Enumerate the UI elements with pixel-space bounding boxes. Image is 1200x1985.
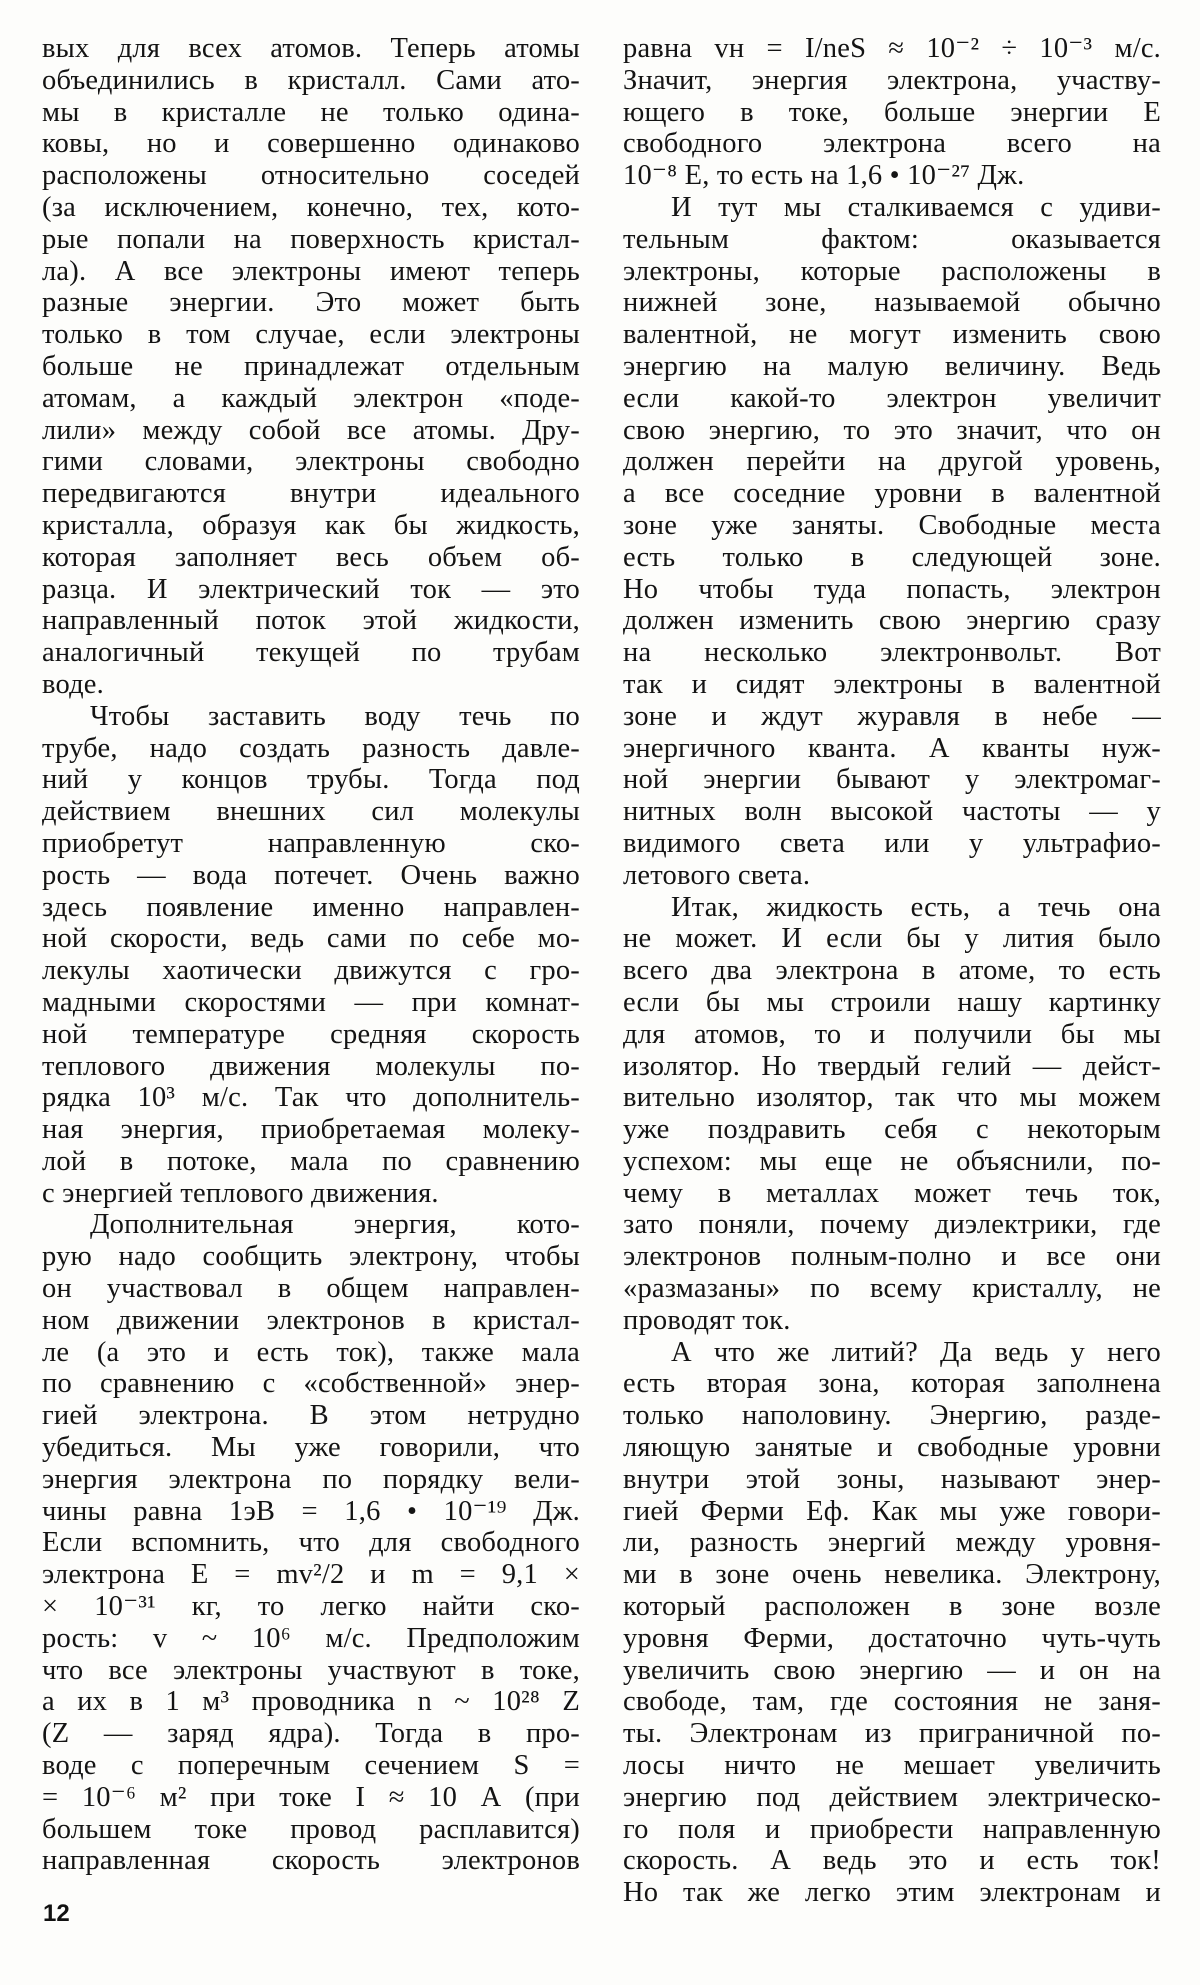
text-line: лосы ничто не мешает увеличить: [623, 1750, 1161, 1782]
text-line: ющего в токе, больше энергии E: [623, 97, 1161, 129]
text-line: валентной, не могут изменить свою: [623, 319, 1161, 351]
text-line: зоне уже заняты. Свободные места: [623, 510, 1161, 542]
text-line: энергию под действием электрическо-: [623, 1782, 1161, 1814]
text-line: не может. И если бы у лития было: [623, 923, 1161, 955]
text-line: направленная скорость электронов: [42, 1845, 580, 1877]
text-line: Но так же легко этим электронам и: [623, 1877, 1161, 1909]
text-line: увеличить свою энергию — и он на: [623, 1655, 1161, 1687]
text-line: энергия электрона по порядку вели-: [42, 1464, 580, 1496]
text-line: электронов полным-полно и все они: [623, 1241, 1161, 1273]
text-line: электроны, которые расположены в: [623, 256, 1161, 288]
text-line: воде с поперечным сечением S =: [42, 1750, 580, 1782]
text-line: Чтобы заставить воду течь по: [42, 701, 580, 733]
text-line: мы в кристалле не только одина-: [42, 97, 580, 129]
left-text-column: вых для всех атомов. Теперь атомыобъедин…: [42, 33, 580, 1877]
text-line: равна vн = I/neS ≈ 10⁻² ÷ 10⁻³ м/с.: [623, 33, 1161, 65]
text-line: Итак, жидкость есть, а течь она: [623, 892, 1161, 924]
text-line: а их в 1 м³ проводника n ~ 10²⁸ Z: [42, 1686, 580, 1718]
text-line: который расположен в зоне возле: [623, 1591, 1161, 1623]
text-line: чины равна 1эВ = 1,6 • 10⁻¹⁹ Дж.: [42, 1496, 580, 1528]
text-line: есть вторая зона, которая заполнена: [623, 1368, 1161, 1400]
text-line: рядка 10³ м/с. Так что дополнитель-: [42, 1082, 580, 1114]
text-line: ле (а это и есть ток), также мала: [42, 1337, 580, 1369]
text-line: ми в зоне очень невелика. Электрону,: [623, 1559, 1161, 1591]
text-line: × 10⁻³¹ кг, то легко найти ско-: [42, 1591, 580, 1623]
text-line: только наполовину. Энергию, разде-: [623, 1400, 1161, 1432]
text-line: что все электроны участвуют в токе,: [42, 1655, 580, 1687]
text-line: внутри этой зоны, называют энер-: [623, 1464, 1161, 1496]
text-line: (Z — заряд ядра). Тогда в про-: [42, 1718, 580, 1750]
text-line: свою энергию, то это значит, что он: [623, 415, 1161, 447]
page-number: 12: [43, 1900, 70, 1928]
text-line: аналогичный текущей по трубам: [42, 637, 580, 669]
text-line: ковы, но и совершенно одинаково: [42, 128, 580, 160]
text-line: нижней зоне, называемой обычно: [623, 287, 1161, 319]
text-line: на несколько электронвольт. Вот: [623, 637, 1161, 669]
text-line: передвигаются внутри идеального: [42, 478, 580, 510]
text-line: только в том случае, если электроны: [42, 319, 580, 351]
text-line: лой в потоке, мала по сравнению: [42, 1146, 580, 1178]
text-line: ной температуре средняя скорость: [42, 1019, 580, 1051]
text-line: ной энергии бывают у электромаг-: [623, 764, 1161, 796]
text-line: Дополнительная энергия, кото-: [42, 1209, 580, 1241]
text-line: И тут мы сталкиваемся с удиви-: [623, 192, 1161, 224]
text-line: свободе, там, где состояния не заня-: [623, 1686, 1161, 1718]
text-line: проводят ток.: [623, 1305, 1161, 1337]
text-line: 10⁻⁸ E, то есть на 1,6 • 10⁻²⁷ Дж.: [623, 160, 1161, 192]
text-line: здесь появление именно направлен-: [42, 892, 580, 924]
text-line: нитных волн высокой частоты — у: [623, 796, 1161, 828]
text-line: ли, разность энергий между уровня-: [623, 1527, 1161, 1559]
text-line: = 10⁻⁶ м² при токе I ≈ 10 А (при: [42, 1782, 580, 1814]
text-line: чему в металлах может течь ток,: [623, 1178, 1161, 1210]
text-line: приобретут направленную ско-: [42, 828, 580, 860]
text-line: свободного электрона всего на: [623, 128, 1161, 160]
text-line: есть только в следующей зоне.: [623, 542, 1161, 574]
text-line: видимого света или у ультрафио-: [623, 828, 1161, 860]
text-line: го поля и приобрести направленную: [623, 1814, 1161, 1846]
text-line: энергичного кванта. А кванты нуж-: [623, 733, 1161, 765]
text-line: рость — вода потечет. Очень важно: [42, 860, 580, 892]
text-line: теплового движения молекулы по-: [42, 1051, 580, 1083]
text-line: гией электрона. В этом нетрудно: [42, 1400, 580, 1432]
text-line: с энергией теплового движения.: [42, 1178, 580, 1210]
text-line: атомам, а каждый электрон «поде-: [42, 383, 580, 415]
right-text-column: равна vн = I/neS ≈ 10⁻² ÷ 10⁻³ м/с.Значи…: [623, 33, 1161, 1909]
text-line: зато поняли, почему диэлектрики, где: [623, 1209, 1161, 1241]
text-line: направленный поток этой жидкости,: [42, 605, 580, 637]
text-line: изолятор. Но твердый гелий — дейст-: [623, 1051, 1161, 1083]
text-line: Значит, энергия электрона, участву-: [623, 65, 1161, 97]
text-line: (за исключением, конечно, тех, кото-: [42, 192, 580, 224]
text-line: мадными скоростями — при комнат-: [42, 987, 580, 1019]
text-line: действием внешних сил молекулы: [42, 796, 580, 828]
text-line: энергию на малую величину. Ведь: [623, 351, 1161, 383]
text-line: гими словами, электроны свободно: [42, 446, 580, 478]
text-line: ты. Электронам из приграничной по-: [623, 1718, 1161, 1750]
text-line: воде.: [42, 669, 580, 701]
text-line: летового света.: [623, 860, 1161, 892]
text-line: рость: v ~ 10⁶ м/с. Предположим: [42, 1623, 580, 1655]
text-line: по сравнению с «собственной» энер-: [42, 1368, 580, 1400]
text-line: больше не принадлежат отдельным: [42, 351, 580, 383]
text-line: ной скорости, ведь сами по себе мо-: [42, 923, 580, 955]
text-line: а все соседние уровни в валентной: [623, 478, 1161, 510]
text-line: лили» между собой все атомы. Дру-: [42, 415, 580, 447]
text-line: ном движении электронов в кристал-: [42, 1305, 580, 1337]
text-line: зоне и ждут журавля в небе —: [623, 701, 1161, 733]
text-line: так и сидят электроны в валентной: [623, 669, 1161, 701]
text-line: разца. И электрический ток — это: [42, 574, 580, 606]
text-line: скорость. А ведь это и есть ток!: [623, 1845, 1161, 1877]
text-line: должен изменить свою энергию сразу: [623, 605, 1161, 637]
text-line: рую надо сообщить электрону, чтобы: [42, 1241, 580, 1273]
text-line: кристалла, образуя как бы жидкость,: [42, 510, 580, 542]
text-line: ная энергия, приобретаемая молеку-: [42, 1114, 580, 1146]
text-line: должен перейти на другой уровень,: [623, 446, 1161, 478]
text-line: уже поздравить себя с некоторым: [623, 1114, 1161, 1146]
text-line: для атомов, то и получили бы мы: [623, 1019, 1161, 1051]
text-line: всего два электрона в атоме, то есть: [623, 955, 1161, 987]
text-line: если какой-то электрон увеличит: [623, 383, 1161, 415]
text-line: убедиться. Мы уже говорили, что: [42, 1432, 580, 1464]
text-line: вительно изолятор, так что мы можем: [623, 1082, 1161, 1114]
text-line: разные энергии. Это может быть: [42, 287, 580, 319]
text-line: А что же литий? Да ведь у него: [623, 1337, 1161, 1369]
text-line: ла). А все электроны имеют теперь: [42, 256, 580, 288]
text-line: ний у концов трубы. Тогда под: [42, 764, 580, 796]
text-line: «размазаны» по всему кристаллу, не: [623, 1273, 1161, 1305]
text-line: ляющую занятые и свободные уровни: [623, 1432, 1161, 1464]
text-line: рые попали на поверхность кристал-: [42, 224, 580, 256]
text-line: гией Ферми Eф. Как мы уже говори-: [623, 1496, 1161, 1528]
text-line: уровня Ферми, достаточно чуть-чуть: [623, 1623, 1161, 1655]
text-line: большем токе провод расплавится): [42, 1814, 580, 1846]
text-line: объединились в кристалл. Сами ато-: [42, 65, 580, 97]
text-line: лекулы хаотически движутся с гро-: [42, 955, 580, 987]
text-line: успехом: мы еще не объяснили, по-: [623, 1146, 1161, 1178]
text-line: которая заполняет весь объем об-: [42, 542, 580, 574]
text-line: вых для всех атомов. Теперь атомы: [42, 33, 580, 65]
text-line: тельным фактом: оказывается: [623, 224, 1161, 256]
text-line: он участвовал в общем направлен-: [42, 1273, 580, 1305]
text-line: если бы мы строили нашу картинку: [623, 987, 1161, 1019]
text-line: трубе, надо создать разность давле-: [42, 733, 580, 765]
text-line: Если вспомнить, что для свободного: [42, 1527, 580, 1559]
text-line: электрона E = mv²/2 и m = 9,1 ×: [42, 1559, 580, 1591]
text-line: расположены относительно соседей: [42, 160, 580, 192]
text-line: Но чтобы туда попасть, электрон: [623, 574, 1161, 606]
